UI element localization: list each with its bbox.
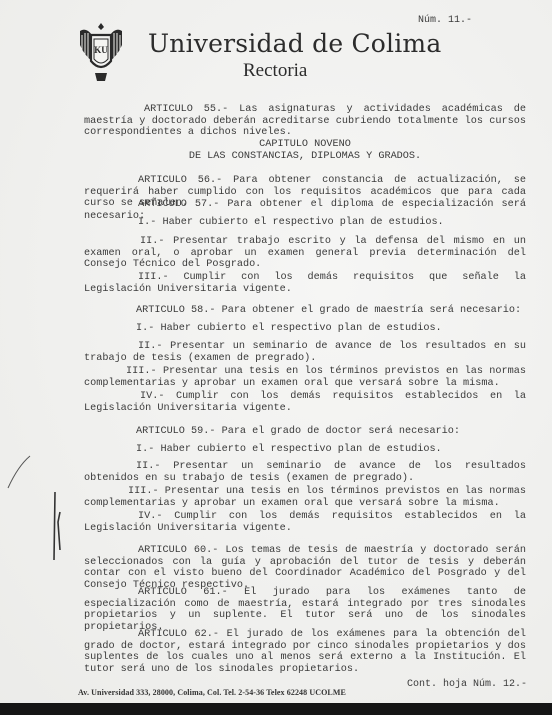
institution-name: Universidad de Colima [148, 30, 441, 58]
article-59-item-3: III.- Presentar una tesis en los término… [84, 486, 526, 509]
article-55: ARTICULO 55.- Las asignaturas y activida… [84, 104, 526, 139]
chapter-subtitle: DE LAS CONSTANCIAS, DIPLOMAS Y GRADOS. [84, 151, 526, 163]
margin-pen-stroke [8, 456, 30, 488]
article-57-item-3: III.- Cumplir con los demás requisitos q… [84, 272, 526, 295]
chapter-title: CAPITULO NOVENO [84, 139, 526, 151]
article-55-rest: doctorado deberán acreditarse cubriendo … [84, 116, 526, 139]
page-number: Núm. 11.- [418, 15, 472, 27]
article-58-item-4: IV.- Cumplir con los demás requisitos es… [84, 391, 526, 414]
article-58-item-1: I.- Haber cubierto el respectivo plan de… [84, 323, 526, 335]
article-58-title: ARTICULO 58.- Para obtener el grado de m… [84, 305, 526, 317]
article-59-item-4: IV.- Cumplir con los demás requisitos es… [84, 511, 526, 534]
continuation-note: Cont. hoja Núm. 12.- [407, 679, 527, 691]
article-59-item-2: II.- Presentar un seminario de avance de… [84, 461, 526, 484]
office-name: Rectoria [243, 60, 307, 82]
article-58-item-2: II.- Presentar un seminario de avance de… [84, 341, 526, 364]
article-57-item-1: I.- Haber cubierto el respectivo plan de… [84, 217, 526, 229]
article-59-title: ARTICULO 59.- Para el grado de doctor se… [84, 426, 526, 438]
article-58-item-3: III.- Presentar una tesis en los término… [84, 366, 526, 389]
article-61: ARTICULO 61.- El jurado para los exámene… [84, 587, 526, 633]
footer-address: Av. Universidad 333, 28000, Colima, Col.… [78, 687, 346, 699]
article-59-item-1: I.- Haber cubierto el respectivo plan de… [84, 444, 526, 456]
margin-pen-marks [0, 440, 80, 570]
article-62: ARTICULO 62.- El jurado de los exámenes … [84, 629, 526, 675]
university-crest-icon: KU [78, 21, 124, 83]
article-60: ARTICULO 60.- Los temas de tesis de maes… [84, 545, 526, 591]
scan-edge [0, 703, 552, 715]
margin-bracket-mark [54, 492, 60, 560]
svg-text:KU: KU [94, 45, 108, 55]
article-57-item-2: II.- Presentar trabajo escrito y la defe… [84, 236, 526, 271]
document-page: Núm. 11.- KU Universidad de Colima Recto… [0, 0, 552, 703]
